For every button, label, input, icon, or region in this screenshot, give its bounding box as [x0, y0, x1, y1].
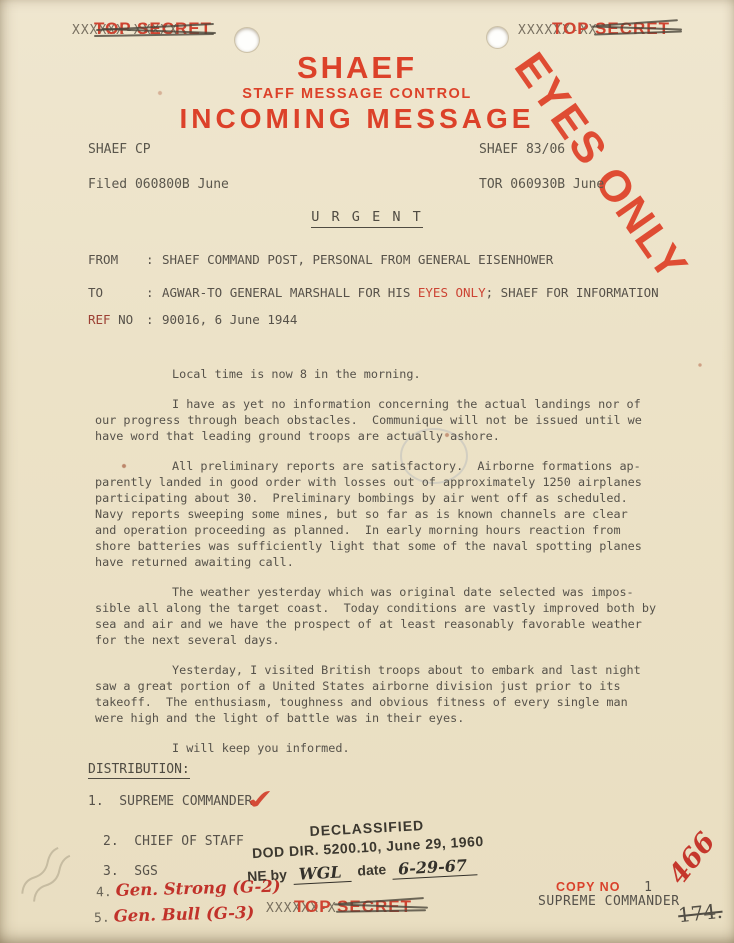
from-value: SHAEF COMMAND POST, PERSONAL FROM GENERA…: [162, 252, 553, 267]
ref-line: REF NO:90016, 6 June 1944: [88, 312, 297, 327]
pencil-number-struck: 174.: [677, 899, 724, 928]
body-paragraph: I will keep you informed.: [95, 740, 656, 756]
to-line: TO:AGWAR-TO GENERAL MARSHALL FOR HIS EYE…: [88, 285, 659, 300]
ref-value: 90016, 6 June 1944: [162, 312, 297, 327]
message-number: SHAEF 83/06: [479, 142, 565, 157]
faint-pencil-scribble: [11, 837, 88, 916]
to-value: AGWAR-TO GENERAL MARSHALL FOR HIS: [162, 285, 418, 300]
filed-time: Filed 060800B June: [88, 177, 229, 192]
distribution-item-2: 2. CHIEF OF STAFF: [103, 834, 244, 849]
document-page: XXXXXX-XXXXX TOP SECRET XXXXXX-XX TOP SE…: [0, 0, 734, 943]
org-name: SHAEF: [0, 52, 714, 83]
copy-no-label: COPY NO: [556, 880, 620, 894]
letterhead: SHAEF STAFF MESSAGE CONTROL INCOMING MES…: [0, 52, 714, 135]
punch-hole-right: [487, 27, 508, 48]
origin-station: SHAEF CP: [88, 142, 151, 157]
time-of-receipt: TOR 060930B June: [479, 177, 604, 192]
body-paragraph: The weather yesterday which was original…: [95, 584, 656, 648]
body-paragraph: Local time is now 8 in the morning.: [95, 366, 656, 382]
distribution-item-5: 5.Gen. Bull (G-3): [94, 903, 255, 926]
punch-hole-left: [235, 28, 259, 52]
priority-marking: U R G E N T: [0, 209, 734, 225]
from-line: FROM:SHAEF COMMAND POST, PERSONAL FROM G…: [88, 252, 553, 267]
copy-holder: SUPREME COMMANDER: [538, 894, 680, 909]
classification-mark-bottom: XXXXXX-X TOP SECRET: [266, 897, 456, 923]
to-label: TO: [88, 285, 146, 300]
declassifier-initials: WGL: [292, 862, 352, 885]
body-paragraph: All preliminary reports are satisfactory…: [95, 458, 656, 570]
red-checkmark: ✔: [245, 781, 274, 816]
distribution-heading: DISTRIBUTION:: [88, 762, 190, 777]
classification-mark-top-right: XXXXXX-XX TOP SECRET: [518, 19, 708, 45]
red-handwritten-number: 466: [663, 827, 722, 891]
declassified-stamp: DECLASSIFIED DOD DIR. 5200.10, June 29, …: [237, 813, 500, 887]
ref-label: REF NO: [88, 312, 146, 327]
copy-number-row: COPY NO 1: [556, 876, 652, 895]
message-body: Local time is now 8 in the morning. I ha…: [95, 366, 656, 770]
document-type-title: INCOMING MESSAGE: [0, 103, 714, 135]
copy-number: 1: [644, 880, 652, 895]
body-paragraph: I have as yet no information concerning …: [95, 396, 656, 444]
to-value-rest: ; SHAEF FOR INFORMATION: [486, 285, 659, 300]
declassified-date: 6-29-67: [392, 855, 478, 879]
classification-mark-top-left: XXXXXX-XXXXX TOP SECRET: [72, 19, 262, 45]
distribution-item-3: 3. SGS: [103, 864, 158, 879]
to-eyes-only-text: EYES ONLY: [418, 285, 486, 300]
distribution-item-1: 1. SUPREME COMMANDER: [88, 794, 252, 809]
body-paragraph: Yesterday, I visited British troops abou…: [95, 662, 656, 726]
from-label: FROM: [88, 252, 146, 267]
dept-name: STAFF MESSAGE CONTROL: [0, 86, 714, 102]
